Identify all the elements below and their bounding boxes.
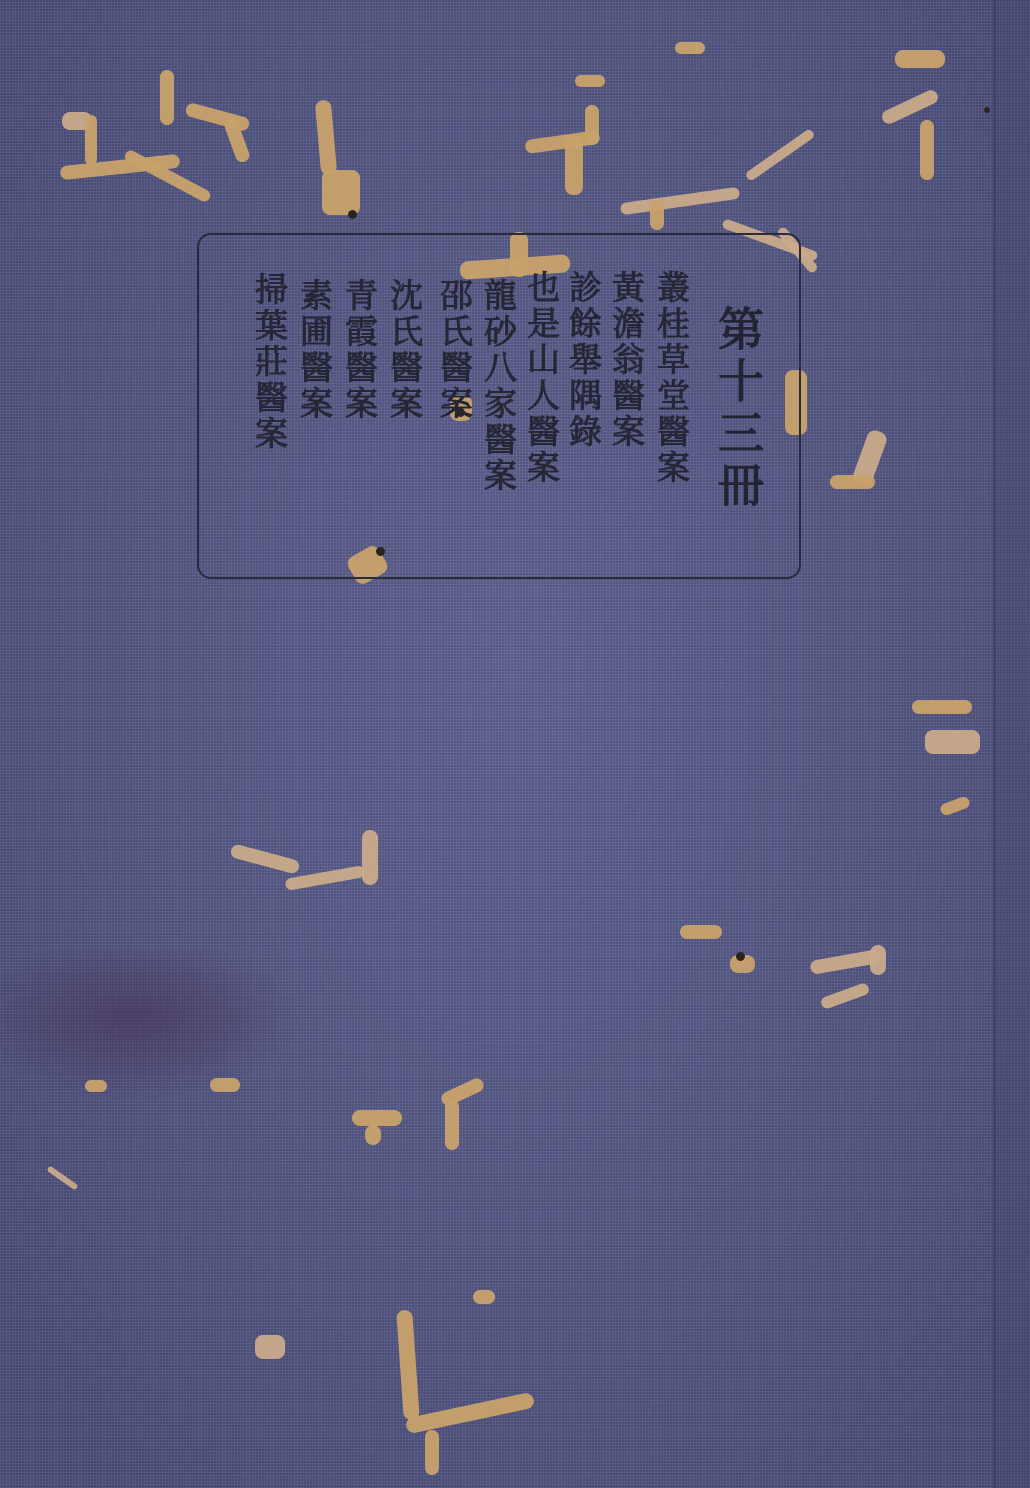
- contents-item: 黃澹翁醫案: [610, 270, 643, 450]
- contents-item: 也是山人醫案: [525, 270, 558, 486]
- spine-edge: [996, 0, 1030, 1488]
- volume-title: 第十三冊: [705, 305, 771, 513]
- water-stain: [0, 950, 300, 1100]
- contents-item: 沈氏醫案: [388, 278, 421, 422]
- contents-item: 素圃醫案: [298, 278, 331, 422]
- contents-item: 掃葉莊醫案: [253, 272, 286, 452]
- spine-hinge-line: [993, 0, 996, 1488]
- book-cover: 第十三冊 叢桂草堂醫案 黃澹翁醫案 診餘舉隅錄 也是山人醫案 龍砂八家醫案 邵氏…: [0, 0, 1030, 1488]
- contents-item: 青霞醫案: [343, 278, 376, 422]
- contents-item: 邵氏醫案: [438, 278, 471, 422]
- contents-item: 叢桂草堂醫案: [655, 270, 688, 486]
- contents-item: 診餘舉隅錄: [567, 270, 600, 450]
- contents-item: 龍砂八家醫案: [482, 278, 515, 494]
